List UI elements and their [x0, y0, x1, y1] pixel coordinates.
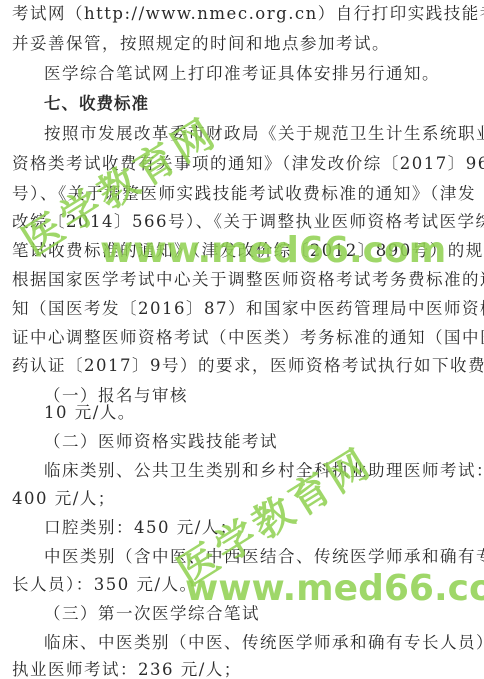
text-line: 根据国家医学考试中心关于调整医师资格考试考务费标准的通	[12, 270, 476, 290]
text-line: 临床类别、公共卫生类别和乡村全科执业助理医师考试：	[44, 461, 476, 481]
text-line: 笔试收费标准的通知》（津发改价综〔2012〕890号）的规定，	[12, 241, 476, 261]
text-line: 中医类别（含中医、中西医结合、传统医学师承和确有专	[44, 547, 476, 567]
section-heading: 七、收费标准	[44, 94, 476, 114]
text-line: 资格类考试收费有关事项的通知》（津发改价综〔2017〕966	[12, 154, 476, 174]
fee-line: 口腔类别：450 元/人；	[44, 518, 476, 538]
text-line: 号）、《关于调整医师实践技能考试收费标准的通知》（津发	[12, 184, 476, 204]
text-line: 考试网（http://www.nmec.org.cn）自行打印实践技能考试准考证…	[12, 4, 476, 24]
document-page: 考试网（http://www.nmec.org.cn）自行打印实践技能考试准考证…	[0, 0, 484, 679]
text-line: 按照市发展改革委市财政局《关于规范卫生计生系统职业	[44, 124, 476, 144]
text-line: 医学综合笔试网上打印准考证具体安排另行通知。	[44, 64, 476, 84]
fee-value: 400 元/人；	[12, 489, 476, 509]
text-line: 知（国医考发〔2016〕87）和国家中医药管理局中医师资格认	[12, 299, 476, 319]
text-line: 药认证〔2017〕9号）的要求，医师资格考试执行如下收费标准：	[12, 356, 476, 376]
watermark-logo-text: 医学教育网	[165, 432, 382, 597]
text-line: 证中心调整医师资格考试（中医类）考务标准的通知（国中医	[12, 328, 476, 348]
text-line: 改综〔2014〕566号）、《关于调整执业医师资格考试医学综合	[12, 212, 476, 232]
text-line: 临床、中医类别（中医、传统医学师承和确有专长人员）	[44, 633, 476, 653]
fee-value: 执业医师考试：236 元/人；	[12, 660, 476, 679]
fee-value: 10 元/人。	[44, 403, 476, 423]
subsection-heading: （三）第一次医学综合笔试	[44, 604, 476, 624]
subsection-heading: （二）医师资格实践技能考试	[44, 432, 476, 452]
text-line: 并妥善保管，按照规定的时间和地点参加考试。	[12, 34, 476, 54]
fee-value: 长人员）：350 元/人。	[12, 575, 476, 595]
